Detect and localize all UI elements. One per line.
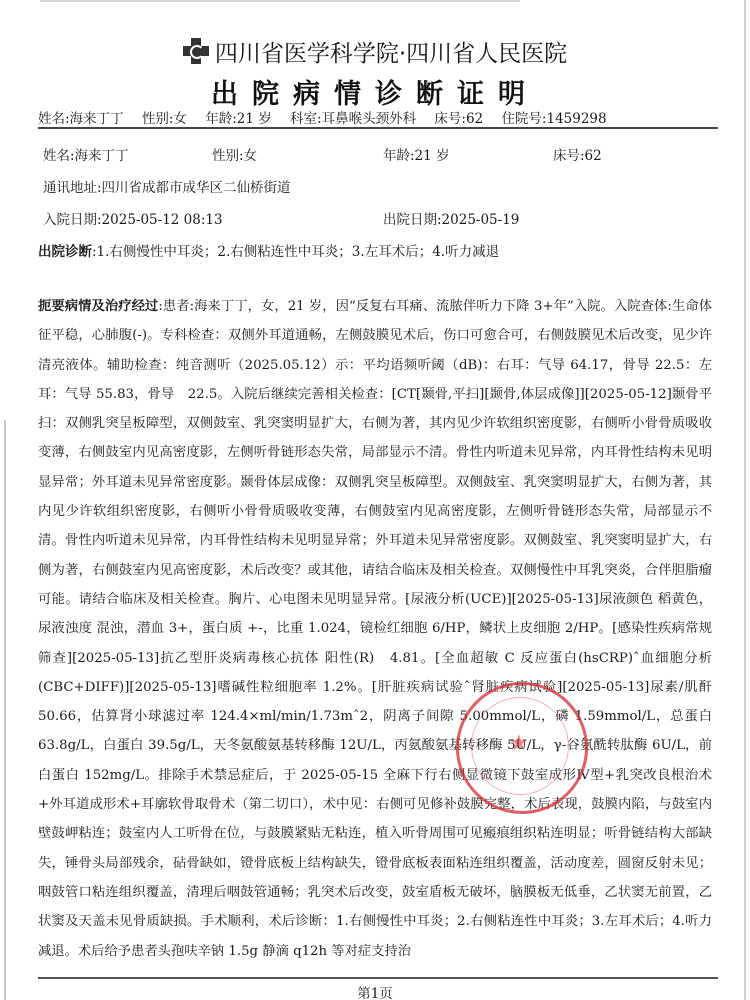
hospital-name: 四川省医学科学院·四川省人民医院	[215, 35, 567, 68]
diagnosis-text: :1.右侧慢性中耳炎；2.右侧粘连性中耳炎；3.左耳术后；4.听力减退	[92, 244, 499, 260]
discharge-date: 出院日期:2025-05-19	[383, 208, 519, 228]
patient-address: 通讯地址:四川省成都市成华区二仙桥街道	[43, 176, 291, 196]
patient-gender: 性别:女	[212, 144, 257, 164]
course-text: :患者:海来丁丁，女，21 岁，因“反复右耳痛、流脓伴听力下降 3+年”入院。入…	[38, 299, 712, 959]
hospital-cross-icon	[183, 38, 209, 64]
info-name: 姓名:海来丁丁	[38, 111, 124, 127]
footer-divider	[38, 977, 718, 979]
admit-date: 入院日期:2025-05-12 08:13	[43, 208, 223, 228]
page-number: 第1页	[0, 982, 750, 1000]
info-age: 年龄:21 岁	[205, 111, 272, 127]
info-bed: 床号:62	[434, 111, 483, 127]
scan-right-edge	[744, 0, 746, 1000]
info-gender: 性别:女	[142, 111, 187, 127]
info-admission-no: 住院号:1459298	[501, 111, 606, 127]
treatment-course: 扼要病情及治疗经过:患者:海来丁丁，女，21 岁，因“反复右耳痛、流脓伴听力下降…	[38, 292, 712, 966]
scan-top-edge	[40, 0, 520, 2]
hospital-header: 四川省医学科学院·四川省人民医院	[0, 34, 750, 68]
patient-age: 年龄:21 岁	[383, 144, 450, 164]
document-title: 出院病情诊断证明	[0, 72, 750, 111]
patient-name: 姓名:海来丁丁	[43, 144, 129, 164]
course-label: 扼要病情及治疗经过	[38, 299, 158, 314]
patient-bed: 床号:62	[553, 144, 602, 164]
scan-left-edge	[4, 420, 6, 1000]
info-bar: 姓名:海来丁丁 性别:女 年龄:21 岁 科室:耳鼻喉头颈外科 床号:62 住院…	[38, 107, 718, 129]
discharge-diagnosis: 出院诊断:1.右侧慢性中耳炎；2.右侧粘连性中耳炎；3.左耳术后；4.听力减退	[38, 240, 499, 260]
diagnosis-label: 出院诊断	[38, 244, 92, 260]
info-department: 科室:耳鼻喉头颈外科	[290, 111, 416, 127]
